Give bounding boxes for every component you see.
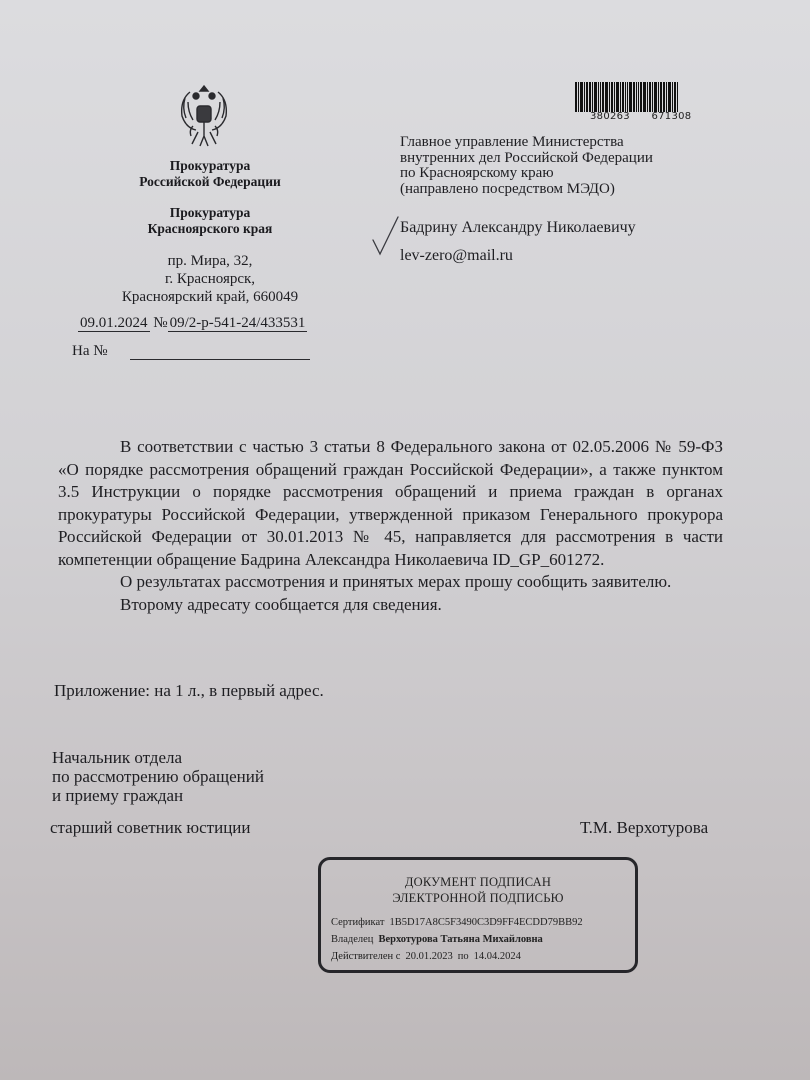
owner-label: Владелец — [331, 934, 373, 945]
outgoing-date: 09.01.2024 — [78, 315, 150, 332]
handwritten-checkmark-icon — [371, 214, 401, 256]
barcode-right-digits: 671308 — [651, 111, 691, 122]
valid-label: Действителен с — [331, 951, 400, 962]
sender-suborg: Прокуратура Красноярского края — [100, 205, 320, 237]
sender-suborg-line1: Прокуратура — [100, 205, 320, 221]
stamp-title: ДОКУМЕНТ ПОДПИСАН ЭЛЕКТРОННОЙ ПОДПИСЬЮ — [321, 874, 635, 906]
first-addressee-line2: внутренних дел Российской Федерации — [400, 151, 730, 167]
e-signature-stamp: ДОКУМЕНТ ПОДПИСАН ЭЛЕКТРОННОЙ ПОДПИСЬЮ С… — [318, 857, 638, 973]
sender-org-line1: Прокуратура — [100, 158, 320, 174]
sender-address-line3: Красноярский край, 660049 — [100, 288, 320, 306]
sender-suborg-line2: Красноярского края — [100, 221, 320, 237]
signer-position: Начальник отдела по рассмотрению обращен… — [52, 748, 264, 805]
certificate-value: 1B5D17A8C5F3490C3D9FF4ECDD79BB92 — [389, 917, 582, 928]
signer-name: Т.М. Верхотурова — [580, 818, 708, 838]
stamp-title-line2: ЭЛЕКТРОННОЙ ПОДПИСЬЮ — [321, 890, 635, 906]
valid-to-label: по — [458, 951, 469, 962]
reply-to-blank — [130, 347, 310, 360]
barcode-digits: 380263 671308 — [590, 111, 691, 122]
signer-rank: старший советник юстиции — [50, 818, 250, 838]
certificate-label: Сертификат — [331, 917, 384, 928]
barcode — [575, 82, 693, 112]
signer-position-line2: по рассмотрению обращений — [52, 767, 264, 786]
sender-address-line2: г. Красноярск, — [100, 270, 320, 288]
second-addressee-name: Бадрину Александру Николаевичу — [400, 219, 636, 237]
sender-address-line1: пр. Мира, 32, — [100, 252, 320, 270]
body-paragraph-2: О результатах рассмотрения и принятых ме… — [58, 571, 723, 594]
coat-of-arms-icon — [176, 82, 232, 150]
outgoing-number: 09/2-р-541-24/433531 — [168, 315, 308, 332]
second-addressee-email: lev-zero@mail.ru — [400, 247, 513, 265]
first-addressee-line1: Главное управление Министерства — [400, 135, 730, 151]
body-paragraph-1: В соответствии с частью 3 статьи 8 Федер… — [58, 436, 723, 571]
attachment-note: Приложение: на 1 л., в первый адрес. — [54, 681, 324, 701]
stamp-owner-row: ВладелецВерхотурова Татьяна Михайловна — [331, 931, 635, 948]
reply-to-reference: На № — [72, 343, 310, 360]
letter-body: В соответствии с частью 3 статьи 8 Федер… — [58, 436, 723, 616]
stamp-details: Сертификат1B5D17A8C5F3490C3D9FF4ECDD79BB… — [331, 914, 635, 965]
reply-to-label: На № — [72, 343, 108, 359]
valid-to: 14.04.2024 — [474, 951, 521, 962]
first-addressee-line3: по Красноярскому краю — [400, 166, 730, 182]
body-paragraph-3: Второму адресату сообщается для сведения… — [58, 594, 723, 617]
stamp-title-line1: ДОКУМЕНТ ПОДПИСАН — [321, 874, 635, 890]
number-sign: № — [153, 315, 167, 331]
barcode-left-digits: 380263 — [590, 111, 630, 122]
sender-org-line2: Российской Федерации — [100, 174, 320, 190]
first-addressee: Главное управление Министерства внутренн… — [400, 135, 730, 197]
signer-position-line3: и приему граждан — [52, 786, 264, 805]
outgoing-registration: 09.01.2024 №09/2-р-541-24/433531 — [78, 315, 307, 332]
valid-from: 20.01.2023 — [405, 951, 452, 962]
sender-org: Прокуратура Российской Федерации — [100, 158, 320, 190]
stamp-validity-row: Действителен с20.01.2023по14.04.2024 — [331, 948, 635, 965]
first-addressee-line4: (направлено посредством МЭДО) — [400, 182, 730, 198]
stamp-certificate-row: Сертификат1B5D17A8C5F3490C3D9FF4ECDD79BB… — [331, 914, 635, 931]
signer-position-line1: Начальник отдела — [52, 748, 264, 767]
owner-value: Верхотурова Татьяна Михайловна — [378, 934, 542, 945]
sender-address: пр. Мира, 32, г. Красноярск, Красноярски… — [100, 252, 320, 306]
letter-page: Прокуратура Российской Федерации Прокура… — [0, 0, 810, 1080]
